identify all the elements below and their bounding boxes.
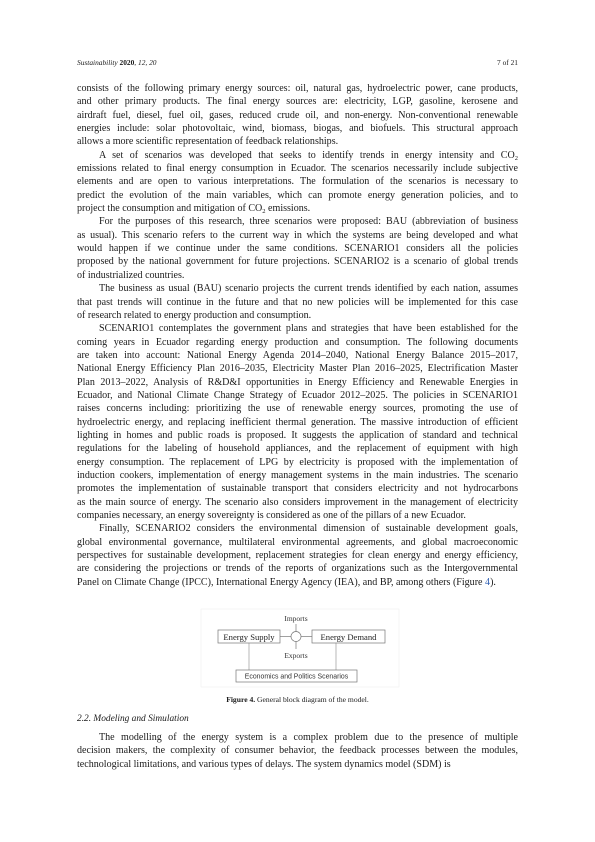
text-line: proposed by the national government for …	[77, 255, 518, 268]
paragraph: SCENARIO1 contemplates the government pl…	[77, 322, 518, 522]
text-line: promotes the implementation of sustainab…	[77, 482, 518, 495]
journal-year: 2020	[120, 58, 135, 67]
text-line: would happen if we continue under the sa…	[77, 242, 518, 255]
journal-volume: 12, 20	[138, 58, 156, 67]
page-number: 7 of 21	[497, 58, 518, 67]
text-line: are taken into account: National Energy …	[77, 349, 518, 362]
text-line: SCENARIO1 contemplates the government pl…	[77, 322, 518, 335]
junction-circle-icon	[291, 632, 301, 642]
energy-supply-label: Energy Supply	[223, 632, 275, 642]
text-line: Finally, SCENARIO2 considers the environ…	[77, 522, 518, 535]
figure-caption: Figure 4. General block diagram of the m…	[77, 695, 518, 704]
text-line: technological limitations, and various t…	[77, 758, 518, 771]
paragraph: Finally, SCENARIO2 considers the environ…	[77, 522, 518, 589]
paragraph: consists of the following primary energy…	[77, 82, 518, 149]
text-line: raises concerns including: prioritizing …	[77, 402, 518, 415]
text-line: energy consumption. The replacement of L…	[77, 456, 518, 469]
text-line: elements and are open to various interpr…	[77, 175, 518, 188]
text-line: hydroelectric energy, and replacing inef…	[77, 416, 518, 429]
text-line: are considering the projections or trend…	[77, 562, 518, 575]
text-line: Ecuador, and National Climate Change Str…	[77, 389, 518, 402]
section-heading: 2.2. Modeling and Simulation	[77, 714, 189, 724]
body-text-section: The modelling of the energy system is a …	[77, 731, 518, 771]
figure-caption-text: General block diagram of the model.	[255, 695, 369, 704]
text-line: Plan 2013–2022, Analysis of R&D&I opport…	[77, 376, 518, 389]
exports-label: Exports	[284, 651, 307, 660]
text-line: regulations for the labeling of househol…	[77, 442, 518, 455]
text-line: decision makers, the complexity of consu…	[77, 744, 518, 757]
text-line: Panel on Climate Change (IPCC), Internat…	[77, 576, 518, 589]
energy-demand-label: Energy Demand	[321, 632, 378, 642]
text-line: allows a more scientific representation …	[77, 135, 518, 148]
text-line: that past trends will continue in the fu…	[77, 296, 518, 309]
text-line: emissions related to final energy consum…	[77, 162, 518, 175]
text-line: The business as usual (BAU) scenario pro…	[77, 282, 518, 295]
text-line: A set of scenarios was developed that se…	[77, 149, 518, 162]
journal-name: Sustainability	[77, 58, 118, 67]
figure-4-block-diagram: Imports Energy Supply Energy Demand Expo…	[200, 608, 400, 688]
paragraph: For the purposes of this research, three…	[77, 215, 518, 282]
text-line: lighting in homes and public roads is pr…	[77, 429, 518, 442]
paragraph: The business as usual (BAU) scenario pro…	[77, 282, 518, 322]
text-line: energies include: solar photovoltaic, wi…	[77, 122, 518, 135]
text-line: as usual). This scenario refers to the c…	[77, 229, 518, 242]
text-line: induction cookers, implementation of ene…	[77, 469, 518, 482]
paragraph: A set of scenarios was developed that se…	[77, 149, 518, 216]
figure-caption-label: Figure 4.	[226, 695, 255, 704]
imports-label: Imports	[284, 614, 307, 623]
text-line: global environmental governance, multila…	[77, 536, 518, 549]
text-line: airdraft fuel, diesel, fuel oil, gases, …	[77, 109, 518, 122]
text-line: of industrialized countries.	[77, 269, 518, 282]
body-text-main: consists of the following primary energy…	[77, 82, 518, 589]
text-line: For the purposes of this research, three…	[77, 215, 518, 228]
text-line: National Energy Efficiency Plan 2016–203…	[77, 362, 518, 375]
text-line: as the main source of energy. The scenar…	[77, 496, 518, 509]
text-line: and other primary products. The final en…	[77, 95, 518, 108]
text-line: of research related to energy production…	[77, 309, 518, 322]
page-header: Sustainability 2020, 12, 20 7 of 21	[77, 56, 518, 68]
journal-citation: Sustainability 2020, 12, 20	[77, 58, 156, 67]
text-line: companies necessary, an energy sovereign…	[77, 509, 518, 522]
figure-4-link[interactable]: 4	[485, 577, 490, 588]
economics-politics-scenarios-label: Economics and Politics Scenarios	[245, 674, 349, 681]
text-line: coming years in Ecuador regarding energy…	[77, 336, 518, 349]
paragraph: The modelling of the energy system is a …	[77, 731, 518, 771]
text-line: predict the evolution of the main variab…	[77, 189, 518, 202]
text-line: The modelling of the energy system is a …	[77, 731, 518, 744]
text-line: project the consumption and mitigation o…	[77, 202, 518, 215]
text-line: consists of the following primary energy…	[77, 82, 518, 95]
block-diagram: Imports Energy Supply Energy Demand Expo…	[200, 608, 400, 688]
text-line: perspectives for sustainable development…	[77, 549, 518, 562]
